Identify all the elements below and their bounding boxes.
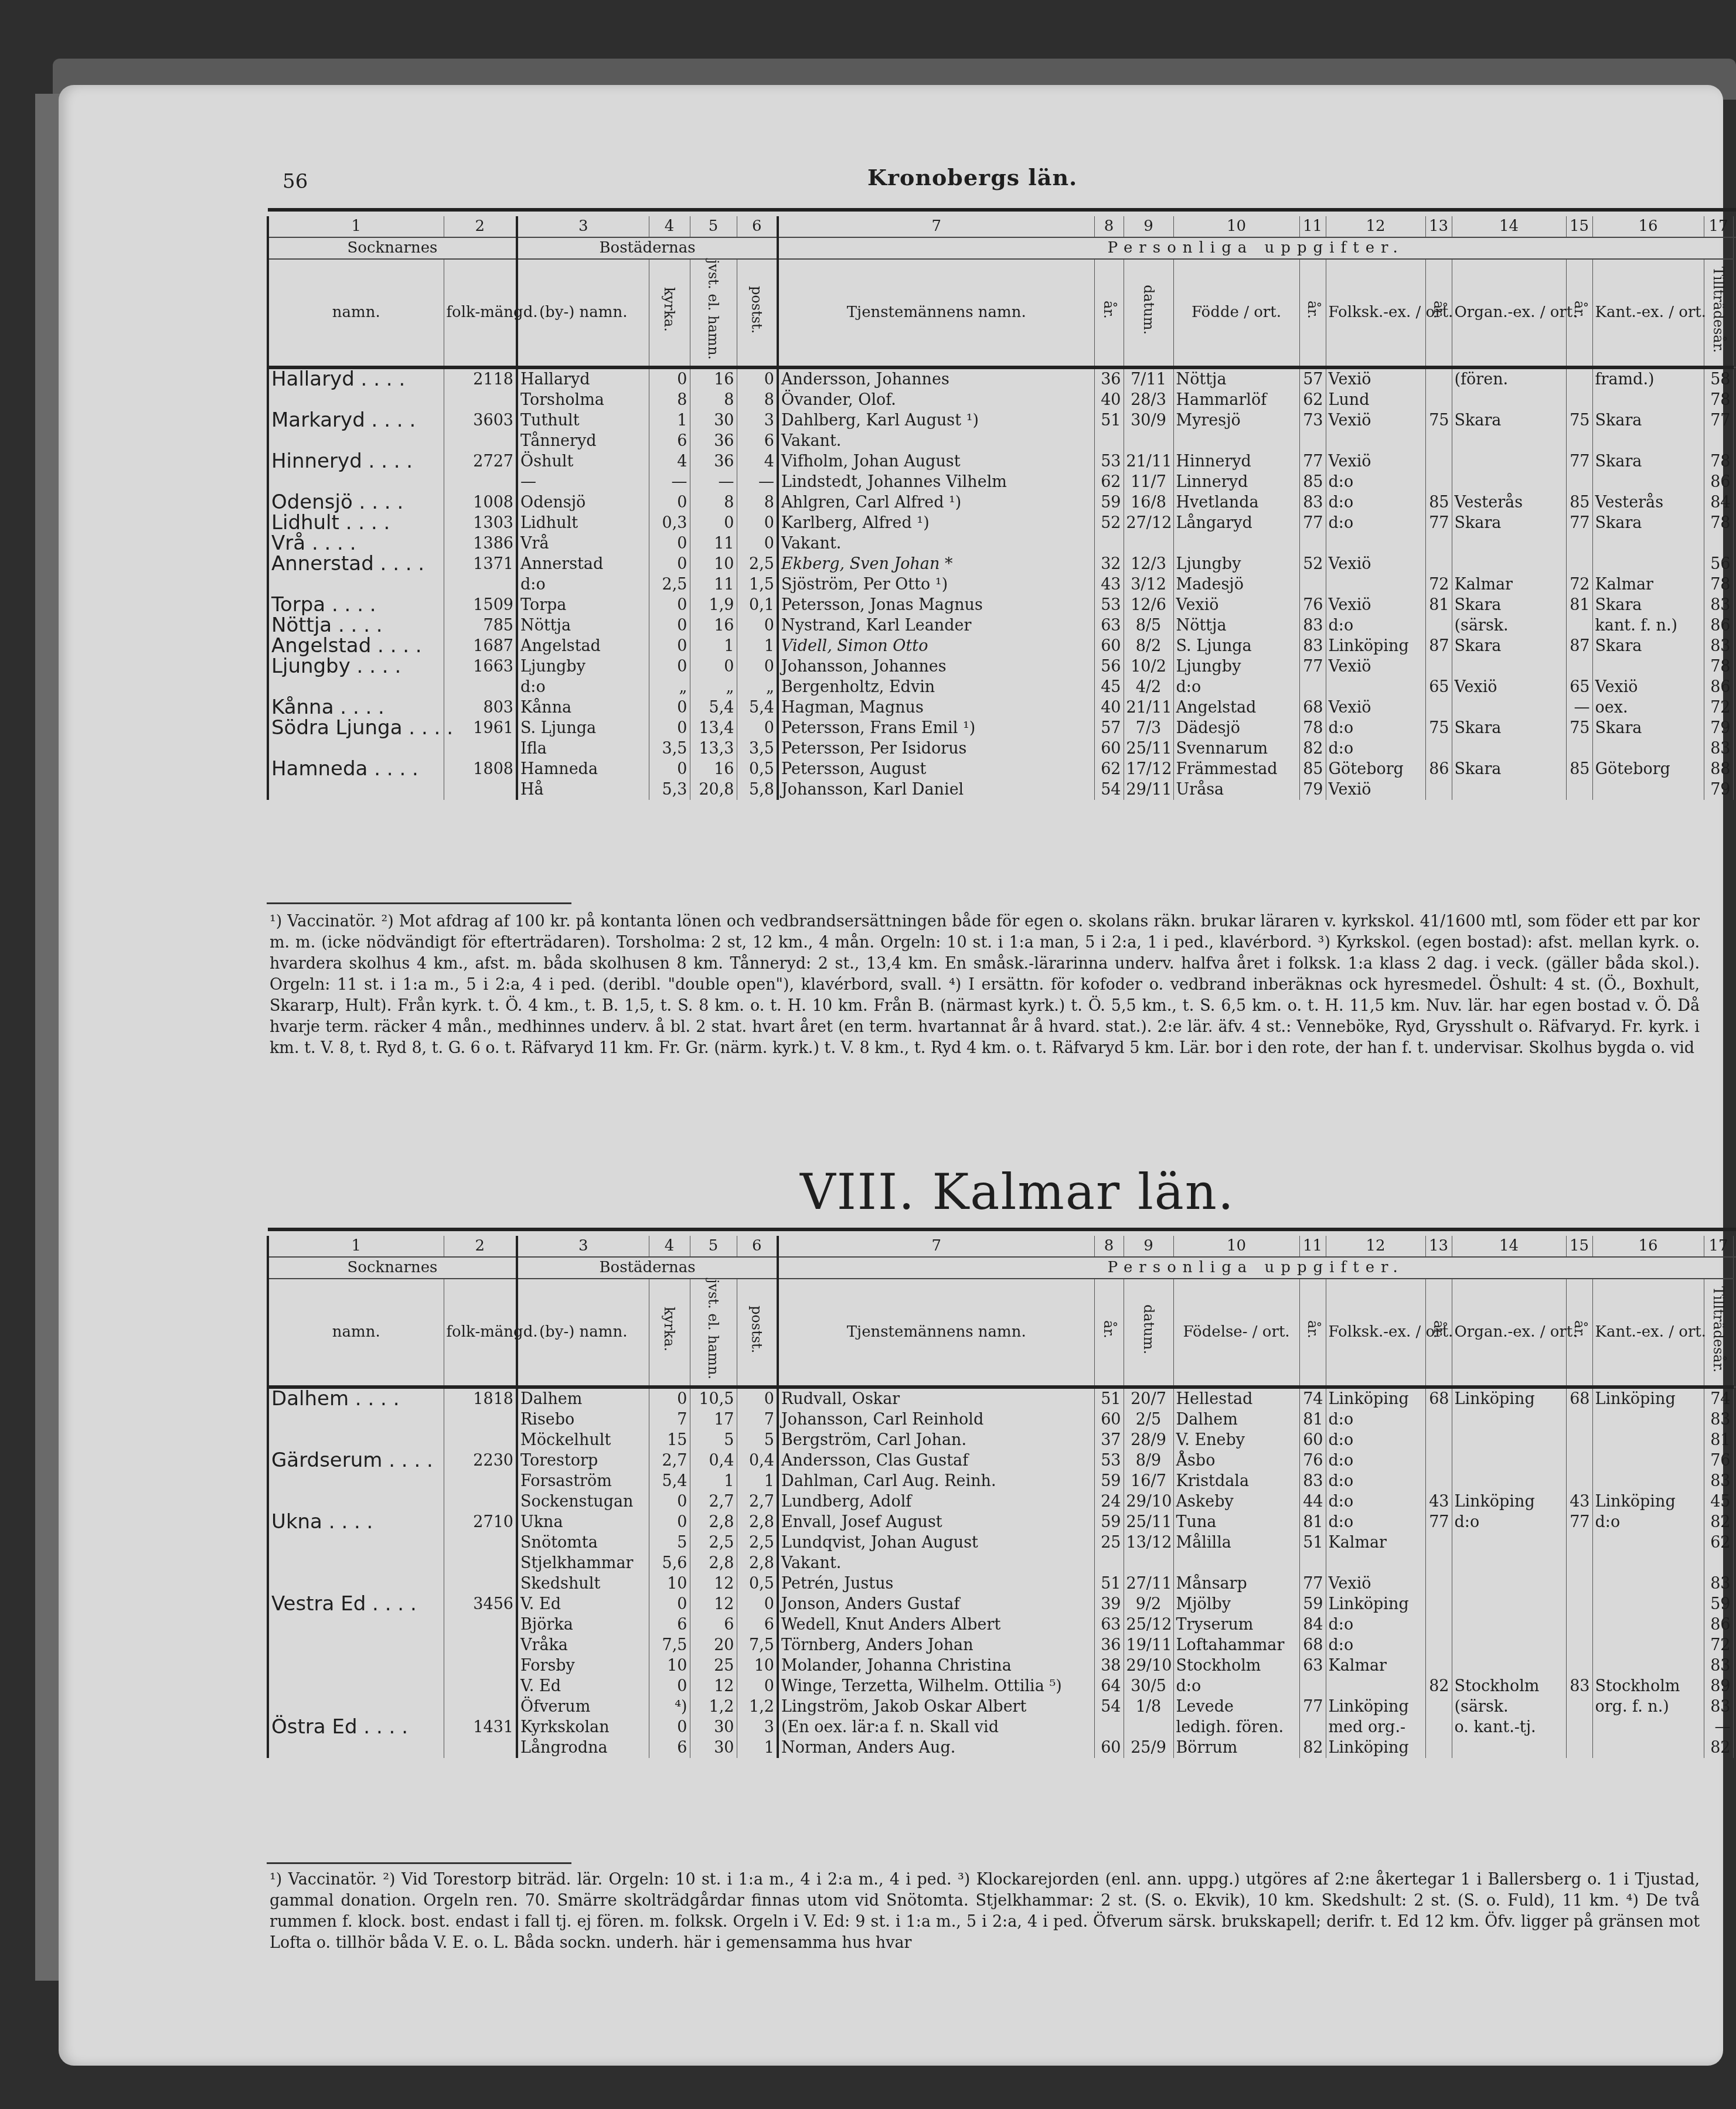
dist-church: 0 — [649, 656, 690, 677]
dist-church: 6 — [649, 1737, 690, 1758]
folksk-place — [1326, 574, 1425, 595]
header-tilltradesar-label: Tillträdesår. — [1711, 1286, 1726, 1372]
kant-place: Vexiö — [1592, 677, 1704, 697]
official-name: Lundqvist, Johan August — [778, 1532, 1094, 1553]
dist-station: 30 — [690, 410, 737, 431]
birth-date: 2/5 — [1124, 1409, 1173, 1430]
header-jvst: jvst. el. hamn. — [690, 1279, 737, 1387]
accession-year: 62 — [1704, 1532, 1733, 1553]
parish-name: Kånna . . . . — [268, 697, 444, 718]
kant-year — [1566, 1471, 1592, 1491]
organ-place: Skara — [1452, 636, 1566, 656]
folksk-year: 83 — [1299, 1471, 1326, 1491]
organ-year: 75 — [1425, 410, 1452, 431]
birth-date: 16/8 — [1124, 492, 1173, 513]
service-years: 2 — [1733, 472, 1736, 492]
dist-church: 5,6 — [649, 1553, 690, 1573]
birth-place: Främmestad — [1173, 759, 1299, 779]
dist-post: 2,5 — [737, 554, 778, 574]
birth-place: Stockholm — [1173, 1655, 1299, 1676]
birth-date: 8/2 — [1124, 636, 1173, 656]
population: 1371 — [444, 554, 517, 574]
service-years: 26 — [1733, 1532, 1736, 1553]
birth-year: 38 — [1094, 1655, 1124, 1676]
organ-place: Vexiö — [1452, 677, 1566, 697]
header-kant-ar-label: år. — [1572, 301, 1587, 319]
dist-church: 6 — [649, 431, 690, 451]
column-number: 5 — [690, 216, 737, 237]
table-row: d:o„„„Bergenholtz, Edvin454/2d:o65Vexiö6… — [268, 677, 1736, 697]
column-number: 17 — [1704, 216, 1733, 237]
dist-post: 3 — [737, 410, 778, 431]
birth-place: Dalhem — [1173, 1409, 1299, 1430]
accession-year — [1704, 1553, 1733, 1573]
population: 1961 — [444, 718, 517, 738]
population — [444, 1553, 517, 1573]
birth-date: 1/8 — [1124, 1696, 1173, 1717]
birth-year: 40 — [1094, 697, 1124, 718]
folksk-place: Vexiö — [1326, 1573, 1425, 1594]
folksk-year: 84 — [1299, 1614, 1326, 1635]
accession-year: 86 — [1704, 1614, 1733, 1635]
residence-name: Kånna — [517, 697, 649, 718]
birth-date: 28/3 — [1124, 390, 1173, 410]
column-number: 3 — [517, 216, 649, 237]
kant-place — [1592, 1532, 1704, 1553]
birth-place: Nöttja — [1173, 367, 1299, 390]
parish-name: Gärdserum . . . . — [268, 1450, 444, 1471]
service-years: 9 — [1733, 779, 1736, 800]
dist-church: 0 — [649, 759, 690, 779]
birth-year: 64 — [1094, 1676, 1124, 1696]
residence-name: d:o — [517, 677, 649, 697]
kant-place — [1592, 390, 1704, 410]
column-number-row: 123456789101112131415161718 — [268, 1236, 1736, 1257]
header-kant-ort: Kant.-ex. / ort. — [1592, 259, 1704, 367]
dist-church: ⁴) — [649, 1696, 690, 1717]
birth-date — [1124, 431, 1173, 451]
header-organ-ar-label: år. — [1431, 1320, 1446, 1338]
dist-post: 2,7 — [737, 1491, 778, 1512]
birth-date: 25/11 — [1124, 738, 1173, 759]
table-row: Möckelhult1555Bergström, Carl Johan.3728… — [268, 1430, 1736, 1450]
dist-church: 0,3 — [649, 513, 690, 533]
population — [444, 1532, 517, 1553]
kant-year — [1566, 390, 1592, 410]
kant-place — [1592, 1409, 1704, 1430]
residence-name: Sockenstugan — [517, 1491, 649, 1512]
kant-place: Linköping — [1592, 1387, 1704, 1409]
header-folksk-ar-label: år. — [1305, 1320, 1320, 1338]
column-number: 3 — [517, 1236, 649, 1257]
dist-church: 7,5 — [649, 1635, 690, 1655]
birth-place: Börrum — [1173, 1737, 1299, 1758]
birth-year: 53 — [1094, 451, 1124, 472]
table-row: Kånna . . . .803Kånna05,45,4Hagman, Magn… — [268, 697, 1736, 718]
birth-place: Långaryd — [1173, 513, 1299, 533]
dist-church: 0 — [649, 1491, 690, 1512]
birth-place: Hinneryd — [1173, 451, 1299, 472]
accession-year: 86 — [1704, 615, 1733, 636]
accession-year: 88 — [1704, 759, 1733, 779]
header-organ-ar-label: år. — [1431, 301, 1446, 319]
dist-station: 12 — [690, 1594, 737, 1614]
folksk-place: d:o — [1326, 1430, 1425, 1450]
table-row: Vråka7,5207,5Törnberg, Anders Johan3619/… — [268, 1635, 1736, 1655]
service-years: 3 — [1733, 615, 1736, 636]
organ-year — [1425, 1717, 1452, 1737]
kant-place: Göteborg — [1592, 759, 1704, 779]
header-fodd-datum: datum. — [1124, 259, 1173, 367]
folksk-year — [1299, 1717, 1326, 1737]
column-number-row: 123456789101112131415161718 — [268, 216, 1736, 237]
organ-year — [1425, 1573, 1452, 1594]
folksk-year — [1299, 677, 1326, 697]
accession-year: 58 — [1704, 367, 1733, 390]
dist-church: 5,4 — [649, 1471, 690, 1491]
organ-place — [1452, 1430, 1566, 1450]
organ-year: 82 — [1425, 1676, 1452, 1696]
kant-place: Skara — [1592, 410, 1704, 431]
header-folksk-ar: år. — [1299, 1279, 1326, 1387]
kant-year: 43 — [1566, 1491, 1592, 1512]
birth-year: 36 — [1094, 367, 1124, 390]
service-years: 4 — [1733, 492, 1736, 513]
residence-name: Ifla — [517, 738, 649, 759]
population — [444, 1471, 517, 1491]
kant-year: 68 — [1566, 1387, 1592, 1409]
accession-year: 83 — [1704, 1573, 1733, 1594]
residence-name: S. Ljunga — [517, 718, 649, 738]
accession-year: 78 — [1704, 390, 1733, 410]
folksk-place: d:o — [1326, 718, 1425, 738]
birth-date: 3/12 — [1124, 574, 1173, 595]
kant-place: Vesterås — [1592, 492, 1704, 513]
birth-date: 25/12 — [1124, 1614, 1173, 1635]
dist-post: 2,8 — [737, 1512, 778, 1532]
organ-place: Skara — [1452, 410, 1566, 431]
kant-year — [1566, 1594, 1592, 1614]
table-row: Ifla3,513,33,5Petersson, Per Isidorus602… — [268, 738, 1736, 759]
official-name: Johansson, Karl Daniel — [778, 779, 1094, 800]
kant-year: 85 — [1566, 759, 1592, 779]
dist-station: 25 — [690, 1655, 737, 1676]
service-years: — — [1733, 1717, 1736, 1737]
dist-church: 5 — [649, 1532, 690, 1553]
column-number: 17 — [1704, 1236, 1733, 1257]
organ-place — [1452, 1635, 1566, 1655]
organ-place — [1452, 1450, 1566, 1471]
birth-year: 60 — [1094, 1737, 1124, 1758]
column-number: 7 — [778, 1236, 1094, 1257]
folksk-place: d:o — [1326, 1471, 1425, 1491]
kant-place — [1592, 1573, 1704, 1594]
birth-place: Uråsa — [1173, 779, 1299, 800]
folksk-place: Linköping — [1326, 1594, 1425, 1614]
folksk-place: d:o — [1326, 738, 1425, 759]
column-number: 1 — [268, 1236, 444, 1257]
kant-year: 87 — [1566, 636, 1592, 656]
column-number: 13 — [1425, 1236, 1452, 1257]
footnote-rule — [267, 1862, 571, 1864]
table-row: Snötomta52,52,5Lundqvist, Johan August25… — [268, 1532, 1736, 1553]
folksk-place: med org.- — [1326, 1717, 1425, 1737]
kant-place: oex. — [1592, 697, 1704, 718]
residence-name: Vråka — [517, 1635, 649, 1655]
kant-year — [1566, 656, 1592, 677]
column-number: 14 — [1452, 216, 1566, 237]
column-number: 6 — [737, 216, 778, 237]
official-name: Petersson, Frans Emil ¹) — [778, 718, 1094, 738]
birth-year — [1094, 431, 1124, 451]
accession-year: 59 — [1704, 1594, 1733, 1614]
organ-place: Skara — [1452, 759, 1566, 779]
organ-year: 77 — [1425, 1512, 1452, 1532]
organ-year — [1425, 738, 1452, 759]
organ-year — [1425, 1594, 1452, 1614]
residence-name: Ljungby — [517, 656, 649, 677]
dist-church: 10 — [649, 1655, 690, 1676]
official-name: Rudvall, Oskar — [778, 1387, 1094, 1409]
residence-name: Vrå — [517, 533, 649, 554]
parish-name — [268, 738, 444, 759]
service-years: 6 — [1733, 1512, 1736, 1532]
folksk-place — [1326, 431, 1425, 451]
birth-place: Månsarp — [1173, 1573, 1299, 1594]
population — [444, 1573, 517, 1594]
dist-church: 8 — [649, 390, 690, 410]
column-number: 8 — [1094, 216, 1124, 237]
dist-station: 1,9 — [690, 595, 737, 615]
kant-year: 77 — [1566, 513, 1592, 533]
organ-year — [1425, 554, 1452, 574]
header-postst: postst. — [737, 1279, 778, 1387]
organ-place: Vesterås — [1452, 492, 1566, 513]
organ-place — [1452, 1655, 1566, 1676]
header-folkmangd: folk-mängd. — [444, 1279, 517, 1387]
header-kyrka-label: kyrka. — [662, 287, 677, 332]
dist-post: 0,5 — [737, 759, 778, 779]
dist-church: 0 — [649, 1717, 690, 1737]
organ-place — [1452, 779, 1566, 800]
kronoberg-footnotes: ¹) Vaccinatör. ²) Mot afdrag af 100 kr. … — [270, 911, 1700, 1059]
birth-date: 10/2 — [1124, 656, 1173, 677]
service-years: 5 — [1733, 738, 1736, 759]
birth-year: 59 — [1094, 1512, 1124, 1532]
running-head: Kronobergs län. — [867, 164, 1077, 190]
dist-post: 5 — [737, 1430, 778, 1450]
header-fodd-ort: Födde / ort. — [1173, 259, 1299, 367]
organ-place: o. kant.-tj. — [1452, 1717, 1566, 1737]
dist-post: 0 — [737, 1594, 778, 1614]
folksk-year: 77 — [1299, 451, 1326, 472]
official-name: Vakant. — [778, 533, 1094, 554]
kant-place: Skara — [1592, 718, 1704, 738]
service-years — [1733, 431, 1736, 451]
dist-post: „ — [737, 677, 778, 697]
column-number: 11 — [1299, 1236, 1326, 1257]
kant-place: framd.) — [1592, 367, 1704, 390]
parish-name: Markaryd . . . . — [268, 410, 444, 431]
dist-post: 0 — [737, 533, 778, 554]
dist-station: 13,3 — [690, 738, 737, 759]
kant-year: 75 — [1566, 410, 1592, 431]
folksk-year — [1299, 431, 1326, 451]
population: 2230 — [444, 1450, 517, 1471]
population: 1303 — [444, 513, 517, 533]
residence-name: Skedshult — [517, 1573, 649, 1594]
service-years: 9 — [1733, 718, 1736, 738]
official-name: Winge, Terzetta, Wilhelm. Ottilia ⁵) — [778, 1676, 1094, 1696]
birth-year: 54 — [1094, 1696, 1124, 1717]
folksk-place: d:o — [1326, 1450, 1425, 1471]
residence-name: Stjelkhammar — [517, 1553, 649, 1573]
official-name: Lindstedt, Johannes Vilhelm — [778, 472, 1094, 492]
kant-year — [1566, 1532, 1592, 1553]
kalmar-footnotes: ¹) Vaccinatör. ²) Vid Torestorp biträd. … — [270, 1869, 1700, 1954]
kant-place — [1592, 1635, 1704, 1655]
official-name: Wedell, Knut Anders Albert — [778, 1614, 1094, 1635]
dist-station: 8 — [690, 492, 737, 513]
accession-year: 82 — [1704, 1737, 1733, 1758]
kant-place — [1592, 1737, 1704, 1758]
official-name: Törnberg, Anders Johan — [778, 1635, 1094, 1655]
column-number: 12 — [1326, 1236, 1425, 1257]
parish-name — [268, 390, 444, 410]
birth-place: Svennarum — [1173, 738, 1299, 759]
population: 3603 — [444, 410, 517, 431]
kant-place — [1592, 656, 1704, 677]
header-namn: namn. — [268, 1279, 444, 1387]
service-years: 2 — [1733, 1614, 1736, 1635]
birth-date: 9/2 — [1124, 1594, 1173, 1614]
residence-name: Torpa — [517, 595, 649, 615]
header-postst: postst. — [737, 259, 778, 367]
dist-post: 0 — [737, 615, 778, 636]
column-number: 4 — [649, 216, 690, 237]
table-row: Markaryd . . . .3603Tuthult1303Dahlberg,… — [268, 410, 1736, 431]
official-name: Övander, Olof. — [778, 390, 1094, 410]
dist-station: „ — [690, 677, 737, 697]
residence-name: Ukna — [517, 1512, 649, 1532]
folksk-place: Linköping — [1326, 1696, 1425, 1717]
dist-church: 0 — [649, 636, 690, 656]
birth-date — [1124, 533, 1173, 554]
dist-station: 12 — [690, 1676, 737, 1696]
dist-church: 2,7 — [649, 1450, 690, 1471]
organ-place — [1452, 472, 1566, 492]
official-name: Molander, Johanna Christina — [778, 1655, 1094, 1676]
population — [444, 677, 517, 697]
parish-name: Hinneryd . . . . — [268, 451, 444, 472]
column-number: 15 — [1566, 1236, 1592, 1257]
dist-post: 6 — [737, 1614, 778, 1635]
folksk-place: d:o — [1326, 615, 1425, 636]
kalmar-register-table: 123456789101112131415161718SocknarnesBos… — [267, 1228, 1736, 1758]
population: 1509 — [444, 595, 517, 615]
birth-place: Åsbo — [1173, 1450, 1299, 1471]
parish-name — [268, 1471, 444, 1491]
dist-church: 3,5 — [649, 738, 690, 759]
dist-church: 5,3 — [649, 779, 690, 800]
kant-year — [1566, 1573, 1592, 1594]
birth-year: 53 — [1094, 595, 1124, 615]
folksk-year: 76 — [1299, 595, 1326, 615]
header-folksk-ar: år. — [1299, 259, 1326, 367]
service-years: 5 — [1733, 1409, 1736, 1430]
service-years: 12 — [1733, 595, 1736, 615]
kant-year — [1566, 1614, 1592, 1635]
dist-church: 0 — [649, 1387, 690, 1409]
organ-place — [1452, 451, 1566, 472]
residence-name: Hallaryd — [517, 367, 649, 390]
table-row: V. Ed0120Winge, Terzetta, Wilhelm. Ottil… — [268, 1676, 1736, 1696]
kant-year — [1566, 615, 1592, 636]
kronoberg-register-table: 123456789101112131415161718SocknarnesBos… — [267, 208, 1736, 800]
birth-year: 63 — [1094, 615, 1124, 636]
parish-name — [268, 1737, 444, 1758]
population — [444, 779, 517, 800]
folksk-year: 85 — [1299, 472, 1326, 492]
accession-year: 77 — [1704, 410, 1733, 431]
folksk-year: 44 — [1299, 1491, 1326, 1512]
birth-year: 51 — [1094, 1573, 1124, 1594]
birth-place — [1173, 431, 1299, 451]
official-name: Ekberg, Sven Johan * — [778, 554, 1094, 574]
organ-year — [1425, 779, 1452, 800]
kant-year — [1566, 533, 1592, 554]
folksk-place: Vexiö — [1326, 656, 1425, 677]
birth-place: Askeby — [1173, 1491, 1299, 1512]
dist-station: 2,8 — [690, 1553, 737, 1573]
table-row: Tånneryd6366Vakant. — [268, 431, 1736, 451]
birth-place — [1173, 1553, 1299, 1573]
kant-place — [1592, 472, 1704, 492]
column-number: 18 — [1733, 216, 1736, 237]
folksk-year: 82 — [1299, 1737, 1326, 1758]
kant-year — [1566, 1737, 1592, 1758]
kant-place — [1592, 738, 1704, 759]
birth-place: Mjölby — [1173, 1594, 1299, 1614]
header-fodd-ort: Födelse- / ort. — [1173, 1279, 1299, 1387]
birth-date — [1124, 1553, 1173, 1573]
population: 803 — [444, 697, 517, 718]
birth-date: 19/11 — [1124, 1635, 1173, 1655]
table-row: Lidhult . . . .1303Lidhult0,300Karlberg,… — [268, 513, 1736, 533]
organ-year — [1425, 1532, 1452, 1553]
parish-name — [268, 1696, 444, 1717]
dist-post: 7,5 — [737, 1635, 778, 1655]
official-name: Vakant. — [778, 431, 1094, 451]
column-number: 16 — [1592, 1236, 1704, 1257]
parish-name — [268, 1676, 444, 1696]
organ-place: Stockholm — [1452, 1676, 1566, 1696]
dist-station: 12 — [690, 1573, 737, 1594]
organ-year — [1425, 367, 1452, 390]
accession-year: 45 — [1704, 1491, 1733, 1512]
residence-name: Annerstad — [517, 554, 649, 574]
dist-church: — — [649, 472, 690, 492]
birth-date — [1124, 1717, 1173, 1737]
organ-year: 77 — [1425, 513, 1452, 533]
accession-year: 83 — [1704, 1655, 1733, 1676]
kant-place: Skara — [1592, 636, 1704, 656]
dist-station: 2,8 — [690, 1512, 737, 1532]
birth-date: 12/3 — [1124, 554, 1173, 574]
parish-name — [268, 779, 444, 800]
kant-year — [1566, 1450, 1592, 1471]
organ-year — [1425, 1450, 1452, 1471]
